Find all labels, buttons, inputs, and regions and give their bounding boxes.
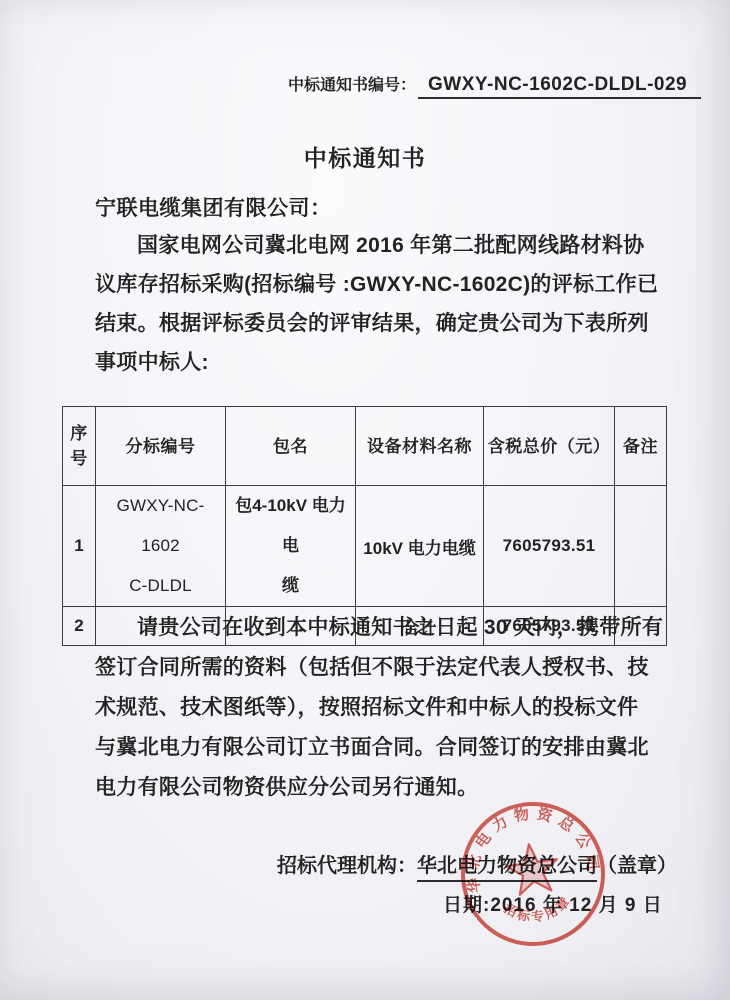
paragraph-line: 术规范、技术图纸等），按照招标文件和中标人的投标文件 [95, 688, 638, 728]
paragraph-line: 结束。根据评标委员会的评审结果，确定贵公司为下表所列 [95, 304, 638, 343]
col-header-package: 包名 [226, 407, 356, 486]
addressee-line: 宁联电缆集团有限公司： [95, 192, 332, 222]
agency-label: 招标代理机构： [277, 855, 417, 877]
seal-star-icon [503, 841, 561, 896]
red-company-seal-stamp: 华北电力物资总公司 招标专用章 [452, 793, 614, 955]
scanned-document-page: 中标通知书编号：GWXY-NC-1602C-DLDL-029 中标通知书 宁联电… [0, 0, 730, 1000]
paragraph-line: 签订合同所需的资料（包括但不限于法定代表人授权书、技 [95, 648, 638, 688]
col-header-material: 设备材料名称 [356, 407, 484, 486]
paragraph-line: 请贵公司在收到本中标通知书之日起 30 天内，携带所有 [95, 608, 638, 648]
table-row: 1 GWXY-NC-1602 C-DLDL 包4-10kV 电力电 缆 10kV… [63, 486, 667, 607]
paragraph-contract-instructions: 请贵公司在收到本中标通知书之日起 30 天内，携带所有 签订合同所需的资料（包括… [95, 608, 638, 808]
cell-seq: 1 [63, 486, 96, 607]
cell-package: 包4-10kV 电力电 缆 [226, 486, 356, 607]
cell-bid-no: GWXY-NC-1602 C-DLDL [96, 486, 226, 607]
cell-price: 7605793.51 [484, 486, 615, 607]
bid-no-line-1: GWXY-NC-1602 [98, 486, 223, 566]
ref-number-line: 中标通知书编号：GWXY-NC-1602C-DLDL-029 [288, 72, 701, 96]
col-header-seq: 序号 [63, 407, 96, 486]
paragraph-line: 事项中标人: [95, 343, 638, 382]
ref-number-value: GWXY-NC-1602C-DLDL-029 [418, 74, 701, 99]
package-line-2: 缆 [228, 566, 353, 606]
document-title: 中标通知书 [0, 140, 730, 173]
paragraph-line: 与冀北电力有限公司订立书面合同。合同签订的安排由冀北 [95, 728, 638, 768]
bid-no-line-2: C-DLDL [98, 566, 223, 606]
ref-number-label: 中标通知书编号： [288, 77, 416, 94]
paragraph-line: 议库存招标采购(招标编号 :GWXY-NC-1602C)的评标工作已 [95, 265, 638, 304]
package-line-1: 包4-10kV 电力电 [228, 486, 353, 566]
cell-material: 10kV 电力电缆 [356, 486, 484, 607]
col-header-bid-no: 分标编号 [96, 407, 226, 486]
col-header-price: 含税总价（元） [484, 407, 615, 486]
cell-remark [615, 486, 667, 607]
seal-bottom-label: 招标专用章 [500, 892, 577, 929]
cell-seq: 2 [63, 607, 96, 646]
paragraph-award-result: 国家电网公司冀北电网 2016 年第二批配网线路材料协 议库存招标采购(招标编号… [95, 226, 638, 382]
col-header-remark: 备注 [615, 407, 667, 486]
table-header-row: 序号 分标编号 包名 设备材料名称 含税总价（元） 备注 [63, 407, 667, 486]
paragraph-line: 国家电网公司冀北电网 2016 年第二批配网线路材料协 [95, 226, 638, 265]
